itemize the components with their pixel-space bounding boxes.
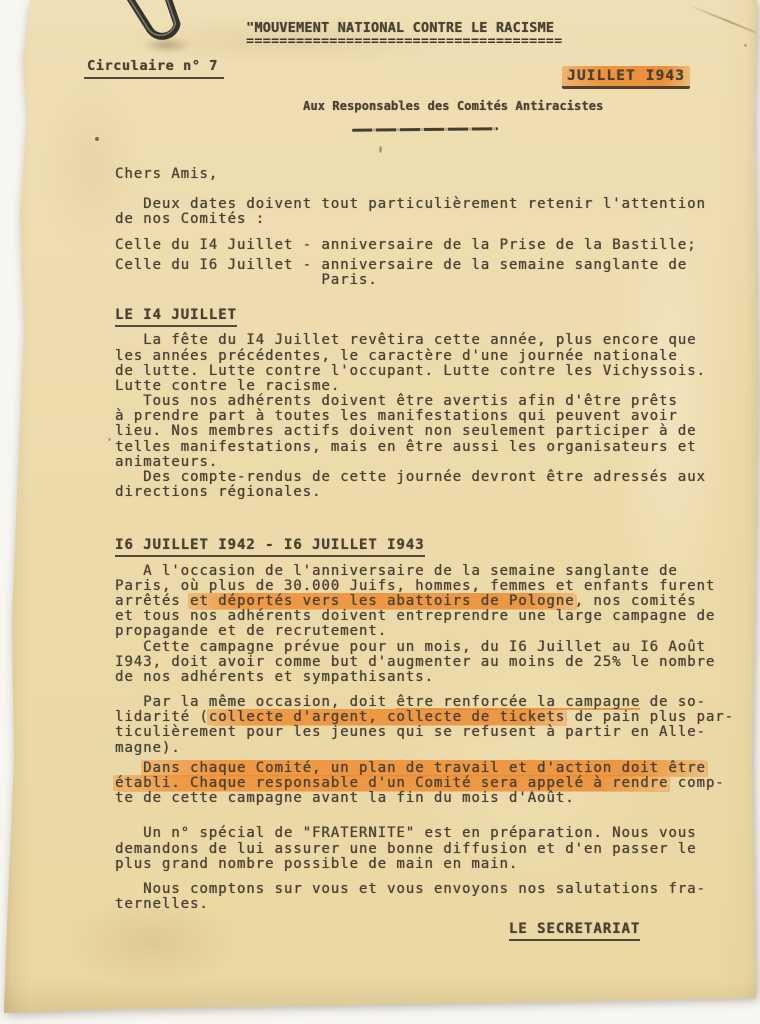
document-line: plus grand nombre possible de main en ma… (115, 857, 745, 872)
document-line: Paris, où plus de 30.000 Juifs, hommes, … (115, 579, 745, 594)
document-line: I943, doit avoir comme but d'augmenter a… (115, 655, 745, 670)
document-line: ternelles. (115, 897, 745, 912)
line-gap (115, 182, 745, 197)
document-line: Paris. (115, 273, 745, 288)
document-line: de lutte. Lutte contre l'occupant. Lutte… (115, 364, 745, 379)
ink-speck (744, 44, 747, 47)
document-line: Un n° spécial de "FRATERNITE" est en pré… (115, 826, 745, 841)
section-heading: LE I4 JUILLET (115, 308, 745, 323)
document-line: lieu. Nos membres actifs doivent non seu… (115, 424, 745, 439)
line-gap (115, 806, 745, 826)
document-line: Tous nos adhérents doivent être avertis … (115, 394, 745, 409)
document-line: magne). (115, 741, 745, 756)
document-line: ticulièrement pour les jeunes qui se ref… (115, 725, 745, 740)
corner-fold-crease (688, 4, 760, 38)
addressee-rule (352, 127, 498, 132)
section-heading: I6 JUILLET I942 - I6 JUILLET I943 (115, 538, 745, 553)
date-stamp-highlight: JUILLET I943 (562, 66, 690, 89)
document-line: directions régionales. (115, 485, 745, 500)
document-line: A l'occasion de l'anniversaire de la sem… (115, 564, 745, 579)
title-underline: ====================================== (246, 33, 562, 49)
document-line: demandons de lui assurer une bonne diffu… (115, 842, 745, 857)
document-line: La fête du I4 Juillet revêtira cette ann… (115, 333, 745, 348)
document-line: Celle du I4 Juillet - anniversaire de la… (115, 238, 745, 253)
document-line: animateurs. (115, 455, 745, 470)
document-line: arrêtés et déportés vers les abattoirs d… (115, 594, 745, 609)
paperclip (100, 0, 220, 65)
document-line: de nos adhérents et sympathisants. (115, 670, 745, 685)
line-gap (115, 500, 745, 538)
document-line: propagande et de recrutement. (115, 624, 745, 639)
document-line: telles manifestations, mais en être auss… (115, 440, 745, 455)
document-line: LE SECRETARIAT (115, 922, 745, 937)
document-line: les années précédentes, le caractère d'u… (115, 349, 745, 364)
document-line: Nous comptons sur vous et vous envoyons … (115, 882, 745, 897)
document-line: te de cette campagne avant la fin du moi… (115, 791, 745, 806)
document-line: Lutte contre le racisme. (115, 379, 745, 394)
document-line: Des compte-rendus de cette journée devro… (115, 470, 745, 485)
document-line: Celle du I6 Juillet - anniversaire de la… (115, 258, 745, 273)
ink-speck (379, 146, 382, 153)
letter-body: Chers Amis, Deux dates doivent tout part… (115, 167, 745, 938)
document-line: Par la même occasion, doit être renforcé… (115, 695, 745, 710)
line-gap (115, 288, 745, 308)
addressee-line: Aux Responsables des Comités Antiraciste… (303, 99, 603, 113)
document-line: établi. Chaque responsable d'un Comité s… (115, 776, 745, 791)
ink-speck (95, 137, 99, 141)
scanned-document-screenshot: { "colors": { "paper": "#ecdbab", "backg… (0, 0, 760, 1024)
document-page-wrapper: "MOUVEMENT NATIONAL CONTRE LE RACISME ==… (0, 0, 760, 1024)
document-line: de nos Comités : (115, 212, 745, 227)
document-line: Chers Amis, (115, 167, 745, 182)
document-page: "MOUVEMENT NATIONAL CONTRE LE RACISME ==… (0, 0, 760, 1024)
document-line: Cette campagne prévue pour un mois, du I… (115, 640, 745, 655)
ink-speck (108, 438, 111, 441)
document-line: Dans chaque Comité, un plan de travail e… (115, 761, 745, 776)
